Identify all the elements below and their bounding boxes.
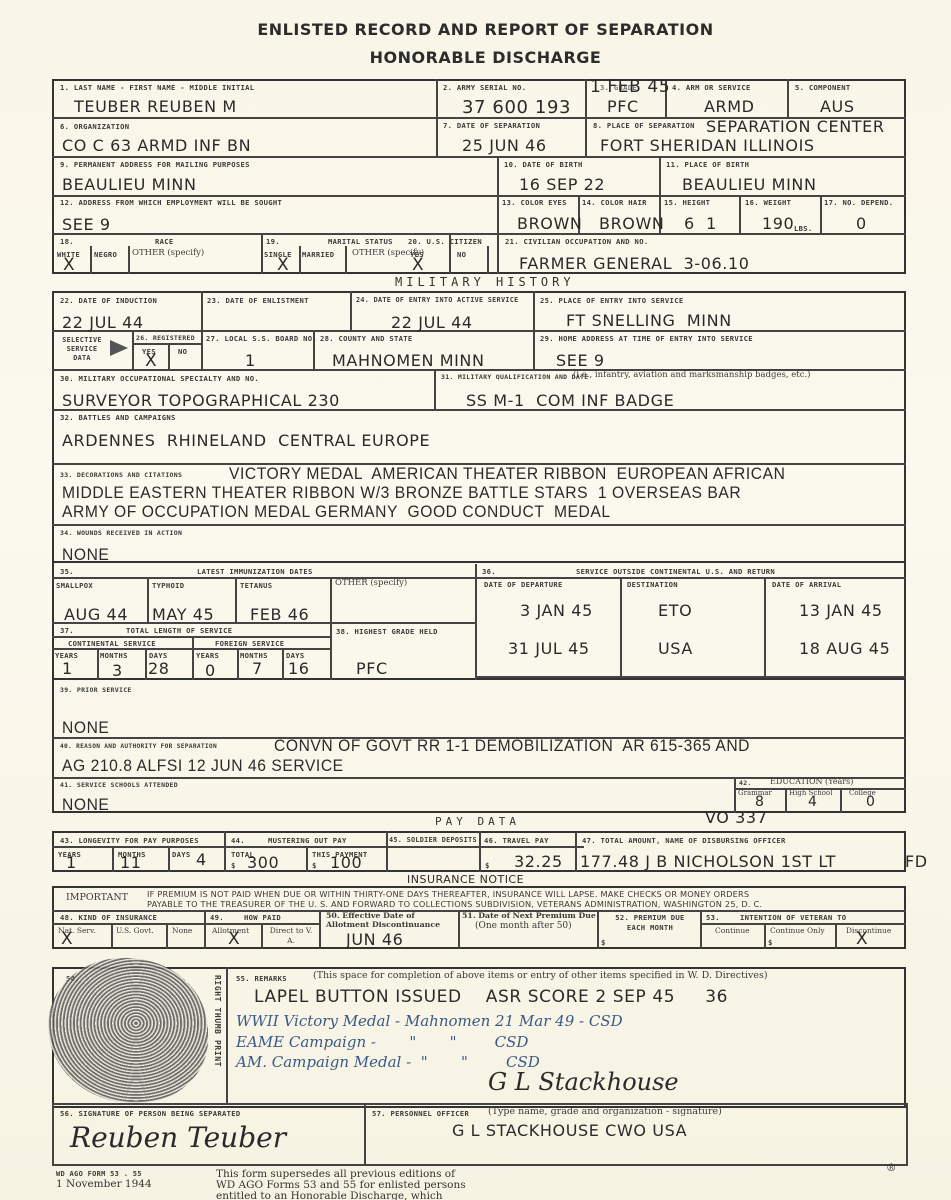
field-14-label: 14. COLOR HAIR — [582, 198, 647, 207]
field-50-value: JUN 46 — [346, 930, 403, 949]
continental-days-value: 28 — [148, 659, 170, 678]
field-29-label: 29. HOME ADDRESS AT TIME OF ENTRY INTO S… — [540, 334, 753, 343]
field-44-num: 44. — [231, 836, 245, 845]
field-33-label: 33. DECORATIONS AND CITATIONS — [60, 471, 182, 479]
field-39-label: 39. PRIOR SERVICE — [60, 686, 132, 694]
field-3-overstamp: 1 FEB 45 — [590, 77, 670, 97]
continental-service-label: CONTINENTAL SERVICE — [68, 639, 156, 648]
departure-col-header: DATE OF DEPARTURE — [484, 580, 563, 589]
foreign-service-label: FOREIGN SERVICE — [215, 639, 284, 648]
marital-option-married[interactable]: MARRIED — [302, 250, 334, 259]
field-8-value-line2: FORT SHERIDAN ILLINOIS — [600, 136, 815, 155]
remarks-handwritten-line-1: WWII Victory Medal - Mahnomen 21 Mar 49 … — [236, 1012, 623, 1030]
mustering-this-currency: $ — [312, 861, 317, 870]
field-5-value: AUS — [820, 97, 855, 116]
field-53-label: INTENTION OF VETERAN TO — [740, 913, 846, 922]
field-47-value: 177.48 J B NICHOLSON 1ST LT — [580, 852, 836, 871]
field-37-num: 37. — [60, 626, 74, 635]
field-8-value-line1: SEPARATION CENTER — [706, 117, 885, 136]
field-19-label: MARITAL STATUS — [328, 237, 393, 246]
field-35-label: LATEST IMMUNIZATION DATES — [197, 567, 313, 576]
field-21-value: FARMER GENERAL 3-06.10 — [519, 254, 750, 273]
field-34-value: NONE — [62, 545, 109, 565]
field-9-value: BEAULIEU MINN — [62, 175, 197, 194]
field-6-label: 6. ORGANIZATION — [60, 122, 129, 131]
premium-due-currency: $ — [601, 938, 606, 947]
registered-option-no[interactable]: NO — [178, 347, 187, 356]
row2-arrival: 18 AUG 45 — [799, 639, 890, 658]
row1-arrival: 13 JAN 45 — [799, 601, 883, 620]
field-25-label: 25. PLACE OF ENTRY INTO SERVICE — [540, 296, 683, 305]
longevity-days-label: DAYS — [172, 850, 191, 859]
field-16-label: 16. WEIGHT — [745, 198, 791, 207]
typhoid-label: TYPHOID — [152, 581, 184, 590]
citizen-yes-x-mark: X — [412, 255, 424, 275]
registered-mark: ® — [886, 1163, 897, 1174]
field-46-value: 32.25 — [514, 852, 563, 871]
field-55-label: 55. REMARKS — [236, 974, 287, 983]
document-subtitle: HONORABLE DISCHARGE — [10, 48, 951, 67]
notice-line-2: PAYABLE TO THE TREASURER OF THE U. S. AN… — [147, 899, 762, 909]
field-7-label: 7. DATE OF SEPARATION — [443, 121, 540, 130]
intention-option-discontinue[interactable]: Discontinue — [846, 926, 891, 935]
field-36-num: 36. — [482, 567, 496, 576]
field-40-line1: CONVN OF GOVT RR 1-1 DEMOBILIZATION AR 6… — [274, 736, 750, 756]
field-27-label: 27. LOCAL S.S. BOARD NO. — [206, 334, 317, 343]
continental-months-label: MONTHS — [100, 651, 128, 660]
field-46-label: 46. TRAVEL PAY — [484, 836, 549, 845]
field-42-label: EDUCATION (Years) — [770, 777, 853, 786]
mustering-total-value: 300 — [247, 853, 279, 872]
remarks-typed-line: LAPEL BUTTON ISSUED ASR SCORE 2 SEP 45 3… — [254, 987, 728, 1007]
foreign-years-label: YEARS — [196, 651, 219, 660]
field-28-label: 28. COUNTY AND STATE — [320, 334, 413, 343]
foreign-days-value: 16 — [288, 659, 310, 678]
form-date: 1 November 1944 — [56, 1179, 152, 1190]
arrow-right-icon — [110, 340, 128, 356]
notice-line-1: IF PREMIUM IS NOT PAID WHEN DUE OR WITHI… — [147, 889, 749, 899]
section-military-history: MILITARY HISTORY — [395, 275, 575, 289]
tetanus-value: FEB 46 — [250, 605, 309, 624]
field-57-value: G L STACKHOUSE CWO USA — [452, 1121, 687, 1140]
field-19-num: 19. — [266, 237, 280, 246]
intention-currency: $ — [768, 938, 773, 947]
field-34-label: 34. WOUNDS RECEIVED IN ACTION — [60, 529, 182, 537]
field-32-value: ARDENNES RHINELAND CENTRAL EUROPE — [62, 431, 430, 450]
field-13-label: 13. COLOR EYES — [502, 198, 567, 207]
field-22-value: 22 JUL 44 — [62, 313, 144, 332]
insurance-option-us-govt[interactable]: U.S. Govt. — [116, 926, 154, 935]
tetanus-label: TETANUS — [240, 581, 272, 590]
field-48-label: 48. KIND OF INSURANCE — [60, 913, 157, 922]
field-10-value: 16 SEP 22 — [519, 175, 605, 194]
military-history-section — [52, 291, 906, 563]
field-31-value: SS M-1 COM INF BADGE — [466, 391, 674, 410]
field-42-num: 42. — [739, 779, 752, 787]
field-27-value: 1 — [245, 351, 256, 370]
field-9-label: 9. PERMANENT ADDRESS FOR MAILING PURPOSE… — [60, 160, 250, 169]
document-title: ENLISTED RECORD AND REPORT OF SEPARATION — [10, 20, 951, 39]
field-45-label: 45. SOLDIER DEPOSITS — [389, 836, 477, 844]
typhoid-value: MAY 45 — [152, 605, 214, 624]
field-5-label: 5. COMPONENT — [795, 83, 851, 92]
row1-departure: 3 JAN 45 — [520, 601, 593, 620]
field-38-label: 38. HIGHEST GRADE HELD — [336, 627, 438, 636]
field-16-unit: LBS. — [794, 224, 813, 233]
field-51-label: 51. Date of Next Premium Due — [462, 911, 596, 920]
mustering-this-payment-value: 100 — [330, 853, 362, 872]
field-32-label: 32. BATTLES AND CAMPAIGNS — [60, 413, 176, 422]
field-28-value: MAHNOMEN MINN — [332, 351, 485, 370]
longevity-months-value: 11 — [120, 853, 142, 872]
field-14-value: BROWN — [599, 214, 664, 233]
field-24-label: 24. DATE OF ENTRY INTO ACTIVE SERVICE — [356, 296, 519, 304]
field-17-label: 17. NO. DEPEND. — [824, 198, 893, 207]
field-47-label: 47. TOTAL AMOUNT, NAME OF DISBURSING OFF… — [582, 836, 786, 845]
field-3-value: PFC — [607, 97, 639, 116]
field-26-label: 26. REGISTERED — [136, 334, 195, 342]
field-38-value: PFC — [356, 659, 388, 678]
continental-years-value: 1 — [62, 659, 73, 678]
field-39-value: NONE — [62, 718, 109, 738]
field-53-num: 53. — [706, 913, 720, 922]
discharge-document: ENLISTED RECORD AND REPORT OF SEPARATION… — [0, 0, 951, 1200]
field-23-label: 23. DATE OF ENLISTMENT — [207, 296, 309, 305]
voucher-number: VO 337 — [705, 808, 767, 827]
field-15-label: 15. HEIGHT — [664, 198, 710, 207]
paid-option-direct-va[interactable]: Direct to V. A. — [268, 926, 314, 946]
field-33-line2: MIDDLE EASTERN THEATER RIBBON W/3 BRONZE… — [62, 483, 741, 503]
field-47-suffix: FD — [905, 852, 928, 871]
high-school-value: 4 — [808, 794, 818, 810]
section-pay-data: PAY DATA — [435, 815, 520, 828]
field-17-value: 0 — [856, 214, 867, 233]
field-35-num: 35. — [60, 567, 74, 576]
intention-option-continue-only[interactable]: Continue Only — [770, 926, 825, 935]
field-30-value: SURVEYOR TOPOGRAPHICAL 230 — [62, 391, 340, 410]
important-label: IMPORTANT — [66, 892, 128, 903]
field-43-label: 43. LONGEVITY FOR PAY PURPOSES — [60, 836, 199, 845]
field-33-line1: VICTORY MEDAL AMERICAN THEATER RIBBON EU… — [229, 464, 785, 484]
registered-yes-x-mark: X — [145, 351, 157, 371]
field-55-label-note: (This space for completion of above item… — [313, 970, 768, 981]
field-49-label: HOW PAID — [244, 913, 281, 922]
field-18-label: RACE — [155, 237, 174, 246]
field-49-num: 49. — [210, 913, 224, 922]
arrival-col-header: DATE OF ARRIVAL — [772, 580, 841, 589]
foreign-months-value: 7 — [252, 659, 263, 678]
continental-months-value: 3 — [112, 661, 123, 680]
field-12-label: 12. ADDRESS FROM WHICH EMPLOYMENT WILL B… — [60, 198, 282, 207]
field-8-label: 8. PLACE OF SEPARATION — [593, 121, 695, 130]
row2-departure: 31 JUL 45 — [508, 639, 590, 658]
selective-service-label: SELECTIVE SERVICE DATA — [56, 336, 108, 363]
smallpox-value: AUG 44 — [64, 605, 128, 624]
single-x-mark: X — [277, 255, 289, 275]
field-12-value: SEE 9 — [62, 215, 111, 234]
field-6-value: CO C 63 ARMD INF BN — [62, 136, 251, 155]
field-10-label: 10. DATE OF BIRTH — [504, 160, 583, 169]
field-40-line2: AG 210.8 ALFSI 12 JUN 46 SERVICE — [62, 756, 344, 776]
row1-destination: ETO — [658, 601, 692, 620]
field-21-label: 21. CIVILIAN OCCUPATION AND NO. — [505, 237, 648, 246]
discontinue-x-mark: X — [856, 929, 868, 949]
field-2-value: 37 600 193 — [462, 97, 571, 118]
foreign-years-value: 0 — [205, 661, 216, 680]
insurance-option-none[interactable]: None — [172, 926, 192, 935]
field-31-label-note: (i.e., infantry, aviation and marksmansh… — [573, 370, 811, 380]
smallpox-label: SMALLPOX — [56, 581, 93, 590]
separated-person-signature: Reuben Teuber — [70, 1121, 286, 1154]
field-41-label: 41. SERVICE SCHOOLS ATTENDED — [60, 781, 178, 789]
field-16-value: 190 — [762, 214, 794, 233]
field-52-label: 52. PREMIUM DUE EACH MONTH — [604, 913, 696, 933]
field-50-label: 50. Effective Date of Allotment Disconti… — [326, 911, 452, 929]
field-7-value: 25 JUN 46 — [462, 136, 547, 155]
supersedes-note-line-3: entitled to an Honorable Discharge, whic… — [216, 1191, 443, 1200]
field-31-label: 31. MILITARY QUALIFICATION AND DATE — [441, 373, 588, 381]
field-41-value: NONE — [62, 795, 109, 815]
race-option-other[interactable]: OTHER (specify) — [132, 248, 204, 258]
field-2-label: 2. ARMY SERIAL NO. — [443, 83, 526, 92]
row2-destination: USA — [658, 639, 693, 658]
longevity-days-value: 4 — [196, 850, 207, 869]
form-id: WD AGO FORM 53 . 55 — [56, 1170, 142, 1178]
field-57-label: 57. PERSONNEL OFFICER — [372, 1109, 469, 1118]
field-20-label: 20. U.S. CITIZEN — [408, 237, 482, 246]
field-22-label: 22. DATE OF INDUCTION — [60, 296, 157, 305]
mustering-total-currency: $ — [231, 861, 236, 870]
field-25-value: FT SNELLING MINN — [566, 311, 732, 330]
travel-pay-currency: $ — [485, 861, 490, 870]
field-11-label: 11. PLACE OF BIRTH — [666, 160, 749, 169]
college-value: 0 — [866, 794, 876, 810]
field-51-sublabel: (One month after 50) — [475, 921, 572, 931]
citizen-option-no[interactable]: NO — [457, 250, 466, 259]
field-57-label-note: (Type name, grade and organization - sig… — [488, 1106, 722, 1117]
field-36-label: SERVICE OUTSIDE CONTINENTAL U.S. AND RET… — [576, 567, 775, 576]
intention-option-continue[interactable]: Continue — [715, 926, 750, 935]
field-11-value: BEAULIEU MINN — [682, 175, 817, 194]
field-40-label: 40. REASON AND AUTHORITY FOR SEPARATION — [60, 743, 217, 750]
field-13-value: BROWN — [517, 214, 582, 233]
field-15-value: 6 1 — [684, 214, 717, 233]
race-option-negro[interactable]: NEGRO — [94, 250, 117, 259]
race-white-checkmark-x: X — [63, 255, 75, 275]
section-insurance-notice: INSURANCE NOTICE — [407, 873, 524, 886]
field-54-label: 54. — [66, 974, 80, 983]
other-immunization-label: OTHER (specify) — [335, 578, 407, 588]
field-33-line3: ARMY OF OCCUPATION MEDAL GERMANY GOOD CO… — [62, 502, 611, 522]
remarks-handwritten-line-2: EAME Campaign - " " CSD — [236, 1033, 528, 1051]
field-30-label: 30. MILITARY OCCUPATIONAL SPECIALTY AND … — [60, 374, 259, 383]
field-4-value: ARMD — [704, 97, 755, 116]
field-1-label: 1. LAST NAME - FIRST NAME - MIDDLE INITI… — [60, 83, 254, 92]
field-29-value: SEE 9 — [556, 351, 605, 370]
field-24-value: 22 JUL 44 — [391, 313, 473, 332]
field-37-label: TOTAL LENGTH OF SERVICE — [126, 626, 232, 635]
nat-serv-x-mark: X — [61, 929, 73, 949]
field-44-label: MUSTERING OUT PAY — [268, 836, 347, 845]
field-1-value: TEUBER REUBEN M — [74, 97, 237, 116]
field-18-num: 18. — [60, 237, 74, 246]
allotment-x-mark: X — [228, 929, 240, 949]
longevity-years-value: 1 — [66, 853, 77, 872]
field-4-label: 4. ARM OR SERVICE — [672, 83, 751, 92]
officer-signature: G L Stackhouse — [488, 1068, 679, 1096]
right-thumb-print-label: RIGHT THUMB PRINT — [213, 975, 222, 1067]
destination-col-header: DESTINATION — [627, 580, 678, 589]
field-56-label: 56. SIGNATURE OF PERSON BEING SEPARATED — [60, 1109, 240, 1118]
